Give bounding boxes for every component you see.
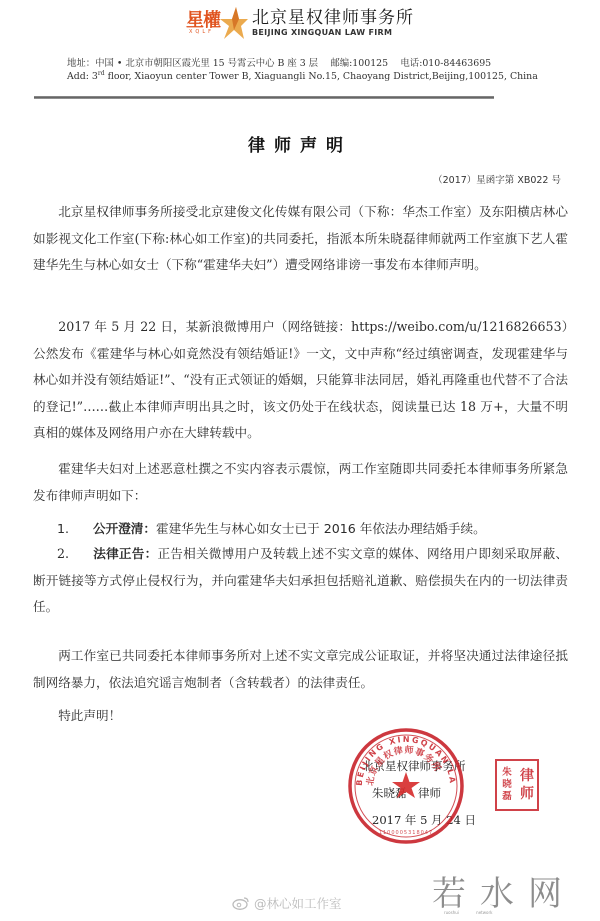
address-en-prefix: Add: 3 bbox=[67, 71, 98, 82]
weibo-watermark: @林心如工作室 bbox=[232, 894, 342, 912]
site-watermark-sub: ruoshui network bbox=[444, 910, 492, 915]
address-en-sup: rd bbox=[98, 70, 105, 77]
paragraph-closing: 两工作室已共同委托本律师事务所对上述不实文章完成公证取证，并将坚决通过法律途径抵… bbox=[33, 643, 568, 696]
seal-char: 律 bbox=[520, 767, 534, 785]
item-number: 1. bbox=[33, 516, 93, 543]
reference-number: （2017）星函字第 XB022 号 bbox=[433, 172, 561, 186]
paragraph-response: 霍建华夫妇对上述恶意杜撰之不实内容表示震惊，两工作室随即共同委托本律师事务所紧急… bbox=[33, 456, 568, 509]
closing-remark: 特此声明！ bbox=[33, 703, 568, 730]
seal-char: 朱 bbox=[502, 767, 512, 779]
letterhead: 星權 XQLF 北京星权律师事务所 BEIJING XINGQUAN LAW F… bbox=[0, 0, 600, 110]
site-watermark: 若水网 bbox=[432, 866, 576, 915]
weibo-icon bbox=[232, 896, 250, 910]
item-heading: 公开澄清： bbox=[93, 521, 156, 536]
document-title: 律师声明 bbox=[0, 131, 600, 156]
seal-char: 师 bbox=[520, 785, 534, 803]
firm-name-en: BEIJING XINGQUAN LAW FIRM bbox=[252, 28, 414, 38]
seal-col-title: 律 师 bbox=[517, 761, 537, 809]
firm-logo: 星權 XQLF 北京星权律师事务所 BEIJING XINGQUAN LAW F… bbox=[186, 5, 414, 41]
svg-text:1100005318047: 1100005318047 bbox=[379, 830, 433, 836]
seal-char: 晓 bbox=[502, 779, 512, 791]
round-seal-icon: BEIJING XINGQUAN LAW FIRM 北京星权律师事务所 1100… bbox=[346, 726, 466, 846]
seal-char: 磊 bbox=[502, 791, 512, 803]
header-divider bbox=[34, 96, 494, 99]
item-number: 2. bbox=[33, 541, 93, 568]
logo-mark: 星權 XQLF bbox=[186, 5, 248, 41]
square-seal-icon: 朱 晓 磊 律 师 bbox=[495, 759, 539, 811]
address-cn: 地址：中国 • 北京市朝阳区霞光里 15 号霄云中心 B 座 3 层 邮编:10… bbox=[67, 55, 491, 69]
firm-name-cn: 北京星权律师事务所 bbox=[252, 8, 414, 28]
firm-names: 北京星权律师事务所 BEIJING XINGQUAN LAW FIRM bbox=[252, 8, 414, 38]
weibo-handle: @林心如工作室 bbox=[254, 894, 342, 912]
address-en: Add: 3rd floor, Xiaoyun center Tower B, … bbox=[67, 70, 538, 82]
item-text: 霍建华先生与林心如女士已于 2016 年依法办理结婚手续。 bbox=[156, 521, 486, 536]
paragraph-intro: 北京星权律师事务所接受北京建俊文化传媒有限公司（下称：华杰工作室）及东阳横店林心… bbox=[33, 199, 568, 279]
item-heading: 法律正告： bbox=[93, 546, 157, 561]
seal-col-name: 朱 晓 磊 bbox=[497, 761, 517, 809]
statement-item-2: 2.法律正告：正告相关微博用户及转载上述不实文章的媒体、网络用户即刻采取屏蔽、断… bbox=[33, 541, 568, 621]
star-icon bbox=[218, 5, 248, 41]
paragraph-incident: 2017 年 5 月 22 日，某新浪微博用户（网络链接：https://wei… bbox=[33, 314, 568, 447]
statement-item-1: 1.公开澄清：霍建华先生与林心如女士已于 2016 年依法办理结婚手续。 bbox=[33, 516, 568, 543]
logo-subtext: XQLF bbox=[189, 29, 214, 35]
address-en-rest: floor, Xiaoyun center Tower B, Xiaguangl… bbox=[105, 71, 538, 82]
